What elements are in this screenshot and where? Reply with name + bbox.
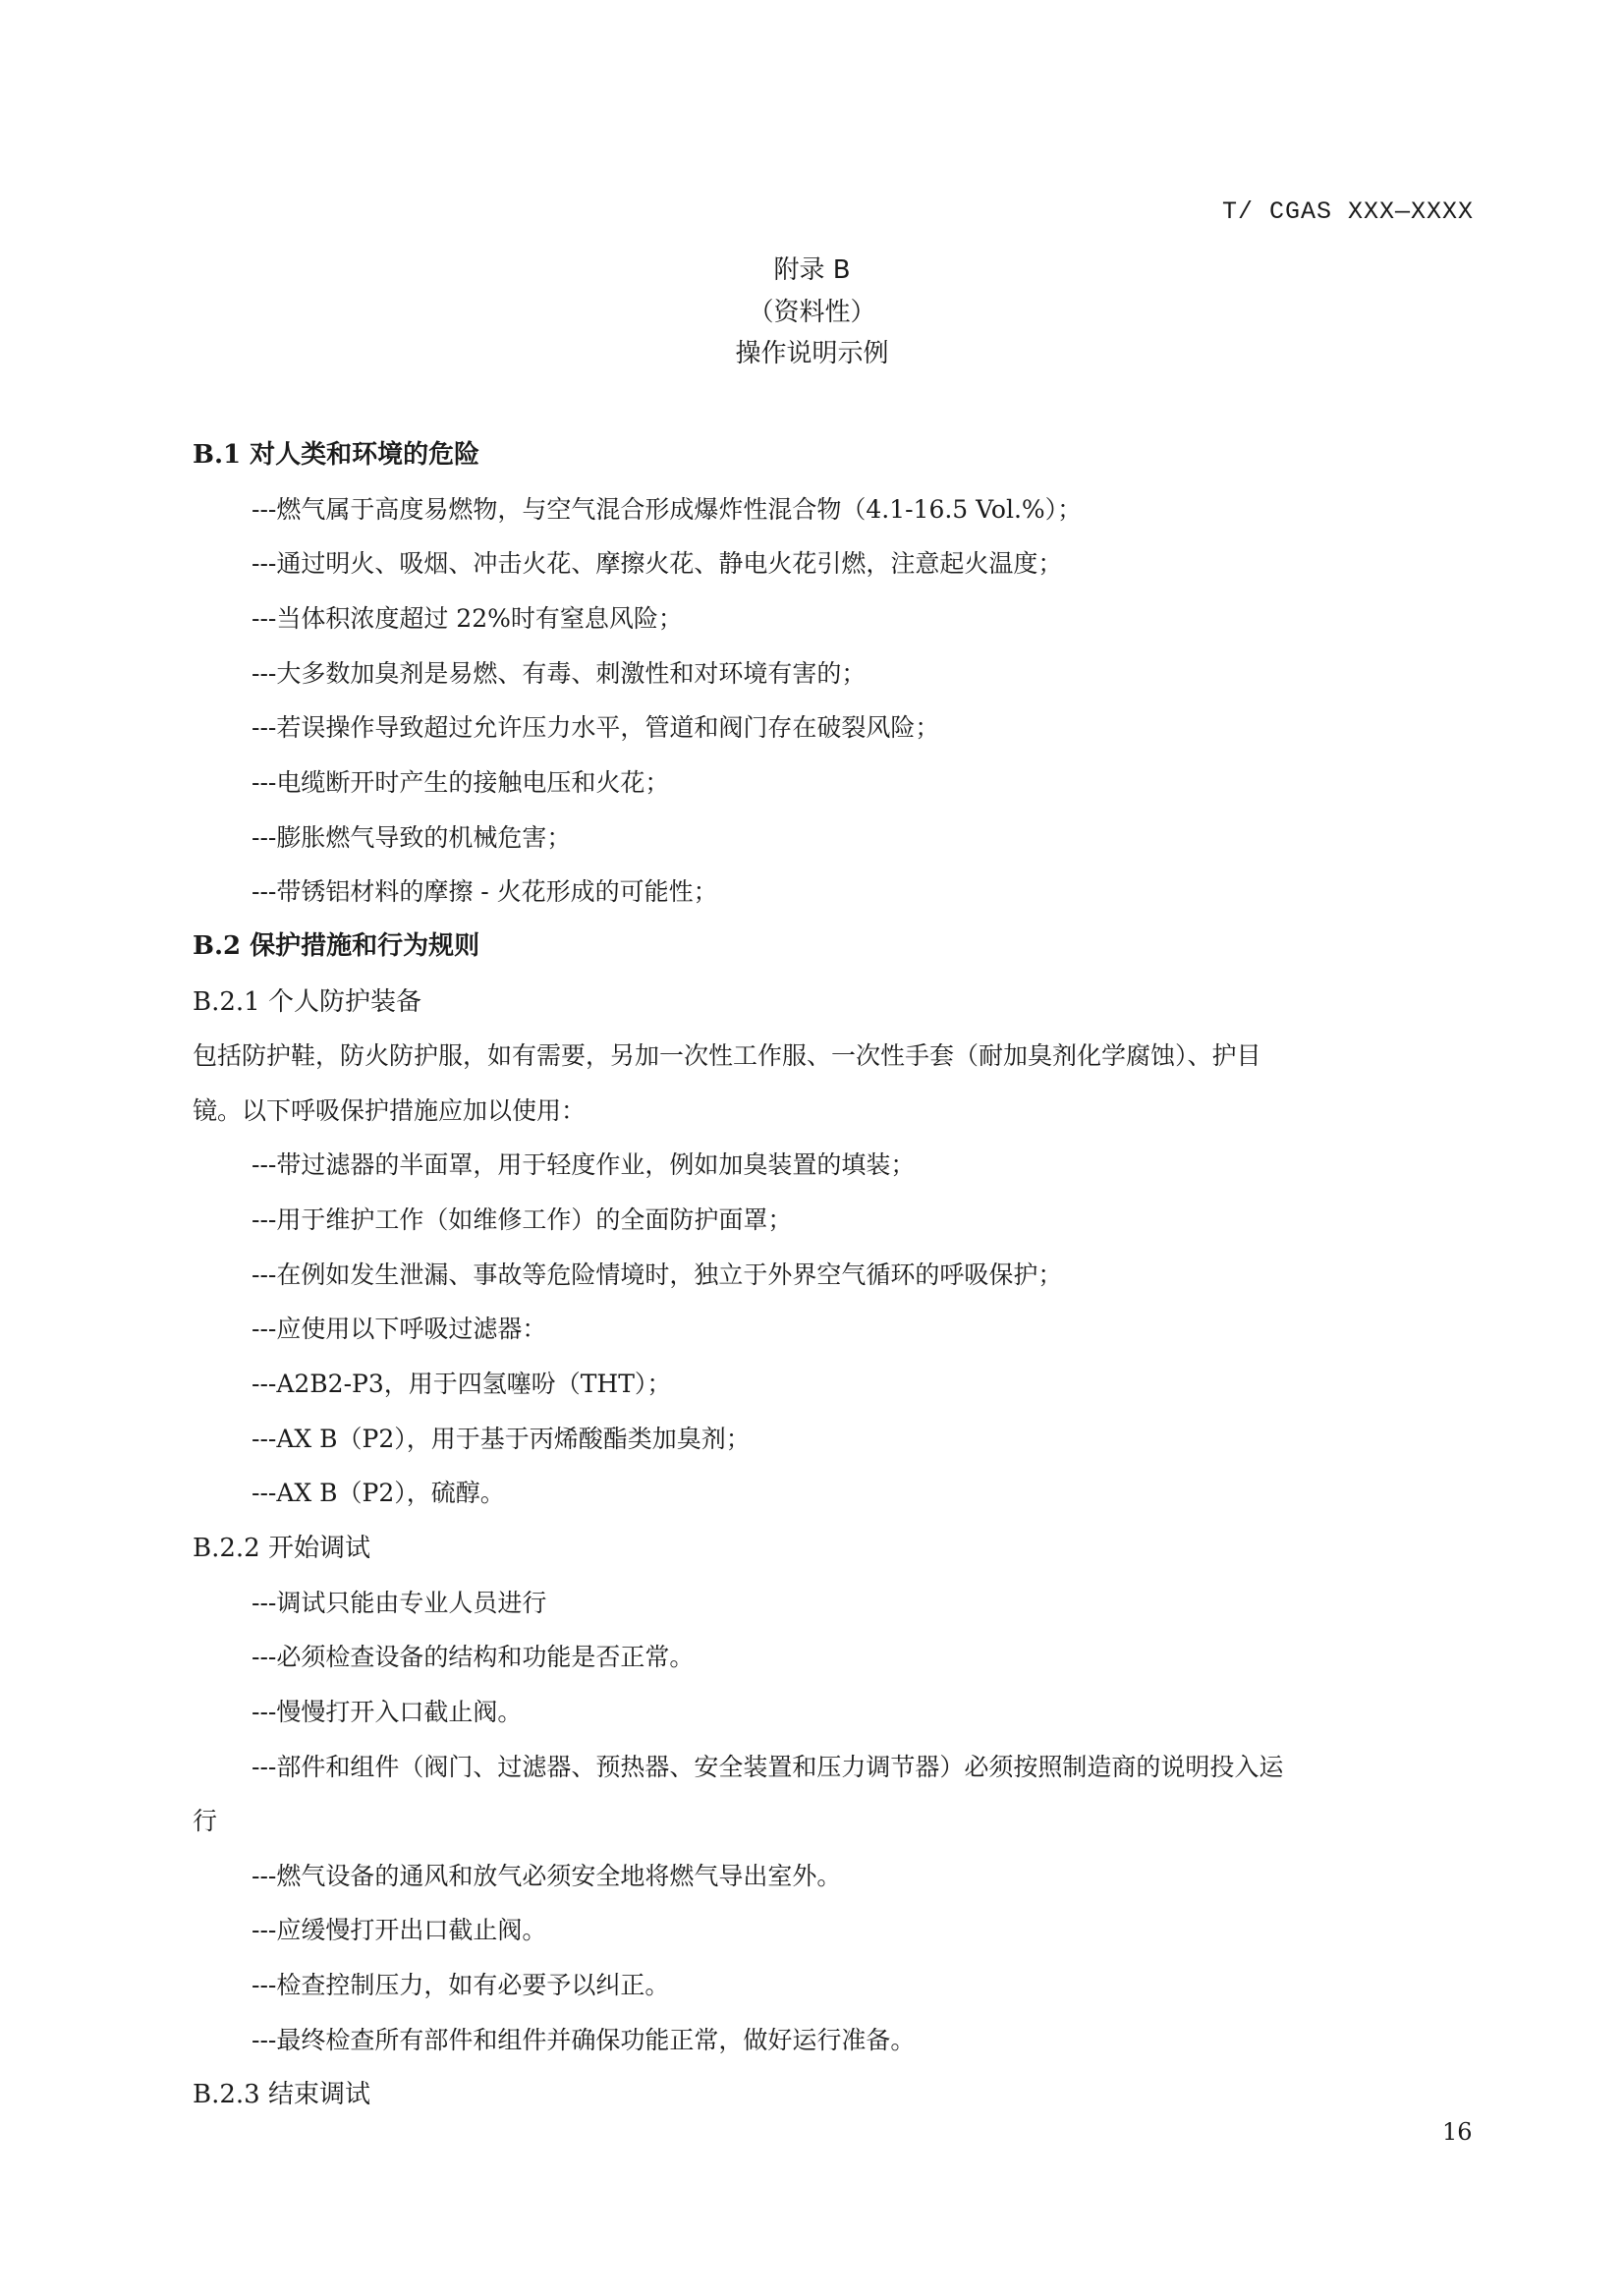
list-item: ---燃气设备的通风和放气必须安全地将燃气导出室外。	[252, 1864, 841, 1888]
list-item: ---必须检查设备的结构和功能是否正常。	[252, 1645, 694, 1669]
list-item: ---燃气属于高度易燃物，与空气混合形成爆炸性混合物（4.1-16.5 Vol.…	[252, 497, 1082, 522]
annex-title: 附录 B	[0, 257, 1624, 283]
list-item: ---AX B（P2），硫醇。	[252, 1481, 505, 1505]
list-item: ---部件和组件（阀门、过滤器、预热器、安全装置和压力调节器）必须按照制造商的说…	[252, 1755, 1283, 1779]
list-item: ---带锈铝材料的摩擦 - 火花形成的可能性；	[252, 879, 718, 904]
paragraph-line: 镜。以下呼吸保护措施应加以使用：	[193, 1098, 1476, 1123]
list-item-continuation: 行	[193, 1809, 1476, 1833]
list-item: ---用于维护工作（如维修工作）的全面防护面罩；	[252, 1207, 792, 1232]
list-item: ---若误操作导致超过允许压力水平，管道和阀门存在破裂风险；	[252, 715, 939, 740]
list-item: ---检查控制压力，如有必要予以纠正。	[252, 1973, 669, 1997]
list-item: ---应使用以下呼吸过滤器：	[252, 1316, 546, 1341]
section-b1-heading: B.1 对人类和环境的危险	[193, 442, 479, 468]
list-item: ---带过滤器的半面罩，用于轻度作业，例如加臭装置的填装；	[252, 1152, 915, 1177]
list-item: ---A2B2-P3，用于四氢噻吩（THT）；	[252, 1372, 671, 1396]
list-item: ---AX B（P2），用于基于丙烯酸酯类加臭剂；	[252, 1427, 751, 1451]
page-number: 16	[1442, 2120, 1473, 2144]
standard-number: T/ CGAS XXX—XXXX	[1222, 199, 1474, 224]
section-b22-heading: B.2.2 开始调试	[193, 1536, 370, 1561]
list-item: ---膨胀燃气导致的机械危害；	[252, 825, 571, 850]
section-b2-heading: B.2 保护措施和行为规则	[193, 933, 479, 959]
section-b21-heading: B.2.1 个人防护装备	[193, 989, 421, 1015]
section-b23-heading: B.2.3 结束调试	[193, 2082, 370, 2107]
list-item: ---通过明火、吸烟、冲击火花、摩擦火花、静电火花引燃，注意起火温度；	[252, 551, 1062, 576]
list-item: ---应缓慢打开出口截止阀。	[252, 1918, 546, 1942]
annex-nature: （资料性）	[0, 300, 1624, 325]
list-item: ---在例如发生泄漏、事故等危险情境时，独立于外界空气循环的呼吸保护；	[252, 1262, 1062, 1287]
list-item: ---当体积浓度超过 22%时有窒息风险；	[252, 606, 683, 631]
list-item: ---调试只能由专业人员进行	[252, 1591, 546, 1615]
paragraph-line: 包括防护鞋，防火防护服，如有需要，另加一次性工作服、一次性手套（耐加臭剂化学腐蚀…	[193, 1043, 1476, 1068]
list-item: ---大多数加臭剂是易燃、有毒、刺激性和对环境有害的；	[252, 661, 866, 686]
list-item: ---最终检查所有部件和组件并确保功能正常，做好运行准备。	[252, 2028, 915, 2052]
annex-name: 操作说明示例	[0, 341, 1624, 366]
list-item: ---电缆断开时产生的接触电压和火花；	[252, 770, 669, 795]
list-item: ---慢慢打开入口截止阀。	[252, 1700, 522, 1724]
